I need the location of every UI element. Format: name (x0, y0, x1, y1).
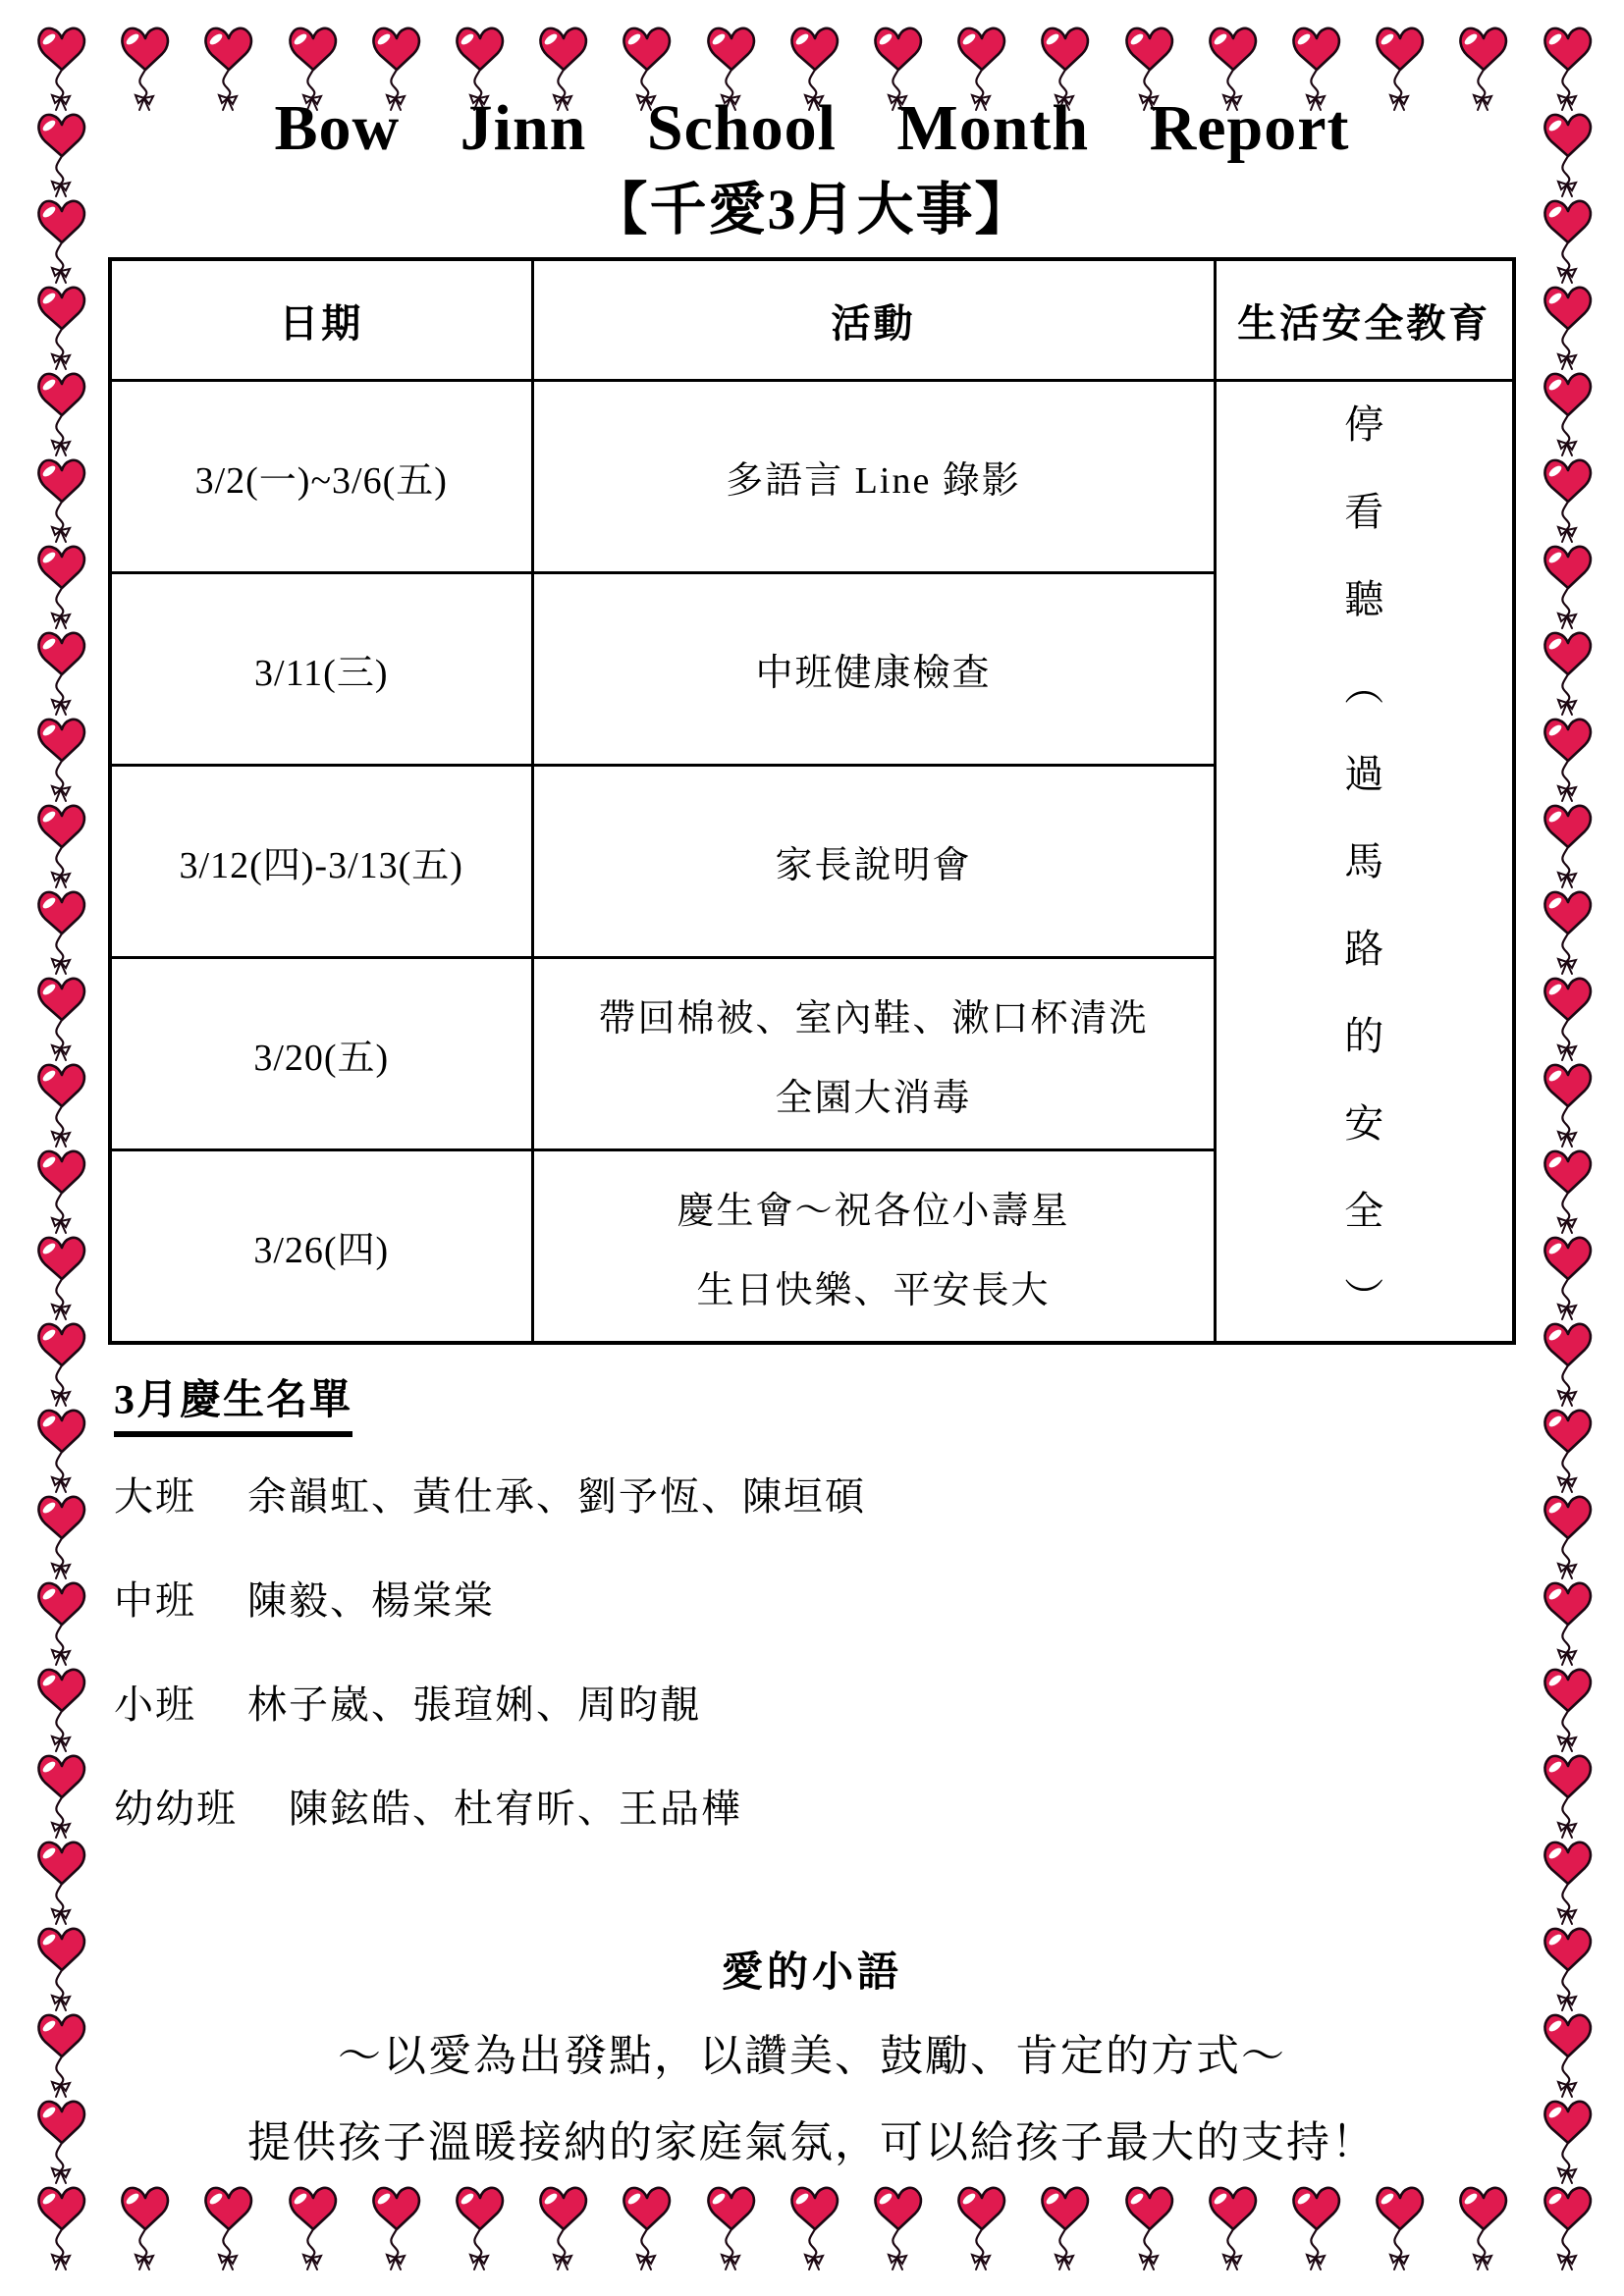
activity-line: 慶生會～祝各位小壽星 (534, 1180, 1214, 1234)
heart-balloon-icon (705, 2183, 758, 2277)
date-cell: 3/26(四) (110, 1150, 532, 1344)
heart-balloon-icon (35, 1060, 88, 1154)
names-list: 陳毅、楊棠棠 (247, 1578, 495, 1623)
safety-education-char: 聽 (1344, 578, 1383, 621)
activity-cell: 帶回棉被、室內鞋、漱口杯清洗全園大消毒 (532, 958, 1215, 1150)
col-header-date: 日期 (110, 259, 532, 381)
heart-balloon-icon (1542, 283, 1595, 377)
safety-education-char: 停 (1344, 403, 1383, 447)
heart-balloon-icon (1542, 369, 1595, 463)
safety-education-char: 的 (1344, 1015, 1383, 1058)
birthday-group-line: 幼幼班陳鉉皓、杜宥昕、王品樺 (114, 1781, 866, 1837)
heart-balloon-icon (1542, 1492, 1595, 1586)
class-label: 幼幼班 (114, 1787, 238, 1831)
heart-balloon-icon (1542, 2183, 1595, 2277)
heart-balloon-icon (35, 1492, 88, 1586)
heart-balloon-icon (1039, 2183, 1092, 2277)
activity-line: 帶回棉被、室內鞋、漱口杯清洗 (534, 988, 1214, 1041)
date-cell: 3/2(一)~3/6(五) (110, 381, 532, 573)
heart-balloon-icon (35, 1406, 88, 1500)
heart-balloon-icon (370, 2183, 423, 2277)
activity-cell: 家長說明會 (532, 766, 1215, 958)
birthday-list-heading: 3月慶生名單 (114, 1367, 352, 1437)
activity-cell: 慶生會～祝各位小壽星生日快樂、平安長大 (532, 1150, 1215, 1344)
safety-education-cell: 停看聽︵過馬路的安全︶ (1215, 381, 1514, 1344)
heart-balloon-icon (872, 2183, 925, 2277)
heart-balloon-icon (35, 283, 88, 377)
heart-balloon-icon (1542, 1578, 1595, 1673)
heart-balloon-icon (788, 2183, 841, 2277)
safety-education-char: 安 (1344, 1102, 1383, 1146)
heart-balloon-icon (35, 1147, 88, 1241)
heart-balloon-icon (1374, 2183, 1427, 2277)
heart-balloon-icon (35, 628, 88, 722)
activity-line: 生日快樂、平安長大 (534, 1259, 1214, 1313)
heart-balloon-icon (1542, 1060, 1595, 1154)
heart-balloon-icon (1542, 542, 1595, 636)
table-header-row: 日期 活動 生活安全教育 (110, 259, 1514, 381)
heart-balloon-icon (35, 455, 88, 550)
safety-education-char: 馬 (1344, 840, 1383, 883)
heart-balloon-icon (35, 1665, 88, 1759)
heart-balloon-icon (537, 2183, 590, 2277)
heart-balloon-icon (35, 1578, 88, 1673)
heart-balloon-icon (35, 2183, 88, 2277)
birthday-group-line: 大班余韻虹、黃仕承、劉予恆、陳垣碩 (114, 1468, 866, 1524)
heart-balloon-icon (1542, 628, 1595, 722)
heart-balloon-icon (1542, 1751, 1595, 1845)
safety-education-char: 路 (1344, 928, 1383, 971)
heart-balloon-icon (35, 369, 88, 463)
heart-balloon-icon (1542, 715, 1595, 809)
birthday-group-line: 中班陳毅、楊棠棠 (114, 1573, 866, 1629)
heart-balloon-icon (35, 1751, 88, 1845)
heart-balloon-icon (35, 1319, 88, 1414)
names-list: 余韻虹、黃仕承、劉予恆、陳垣碩 (247, 1474, 866, 1519)
birthday-list: 大班余韻虹、黃仕承、劉予恆、陳垣碩中班陳毅、楊棠棠小班林子崴、張瑄娳、周昀靚幼幼… (114, 1468, 866, 1885)
heart-balloon-icon (454, 2183, 507, 2277)
safety-education-char: ︶ (1344, 1277, 1383, 1320)
activity-line: 中班健康檢查 (534, 642, 1214, 696)
names-list: 林子崴、張瑄娳、周昀靚 (247, 1682, 701, 1727)
heart-balloon-icon (1290, 2183, 1343, 2277)
activity-line: 多語言 Line 錄影 (534, 450, 1214, 504)
heart-balloon-icon (1542, 1233, 1595, 1327)
safety-education-char: 看 (1344, 491, 1383, 534)
heart-balloon-icon (1542, 887, 1595, 982)
table-row: 3/2(一)~3/6(五)多語言 Line 錄影停看聽︵過馬路的安全︶ (110, 381, 1514, 573)
heart-balloon-icon (1542, 801, 1595, 895)
activity-line: 全園大消毒 (534, 1067, 1214, 1121)
heart-balloon-icon (202, 2183, 255, 2277)
class-label: 中班 (114, 1578, 196, 1623)
activity-cell: 多語言 Line 錄影 (532, 381, 1215, 573)
safety-education-char: 過 (1344, 753, 1383, 796)
love-note-line: 提供孩子溫暖接納的家庭氣氛，可以給孩子最大的支持！ (0, 2107, 1624, 2169)
heart-balloon-icon (1542, 1406, 1595, 1500)
heart-balloon-icon (1542, 1838, 1595, 1932)
heart-balloon-icon (35, 887, 88, 982)
love-note-line: ～以愛為出發點，以讚美、鼓勵、肯定的方式～ (0, 2020, 1624, 2083)
class-label: 大班 (114, 1474, 196, 1519)
heart-balloon-icon (35, 801, 88, 895)
names-list: 陳鉉皓、杜宥昕、王品樺 (289, 1787, 742, 1831)
date-cell: 3/12(四)-3/13(五) (110, 766, 532, 958)
heart-balloon-icon (287, 2183, 340, 2277)
heart-balloon-icon (35, 974, 88, 1068)
col-header-safety: 生活安全教育 (1215, 259, 1514, 381)
heart-balloon-icon (1542, 1319, 1595, 1414)
heart-balloon-icon (35, 542, 88, 636)
class-label: 小班 (114, 1682, 196, 1727)
heart-balloon-icon (621, 2183, 674, 2277)
heart-balloon-icon (1207, 2183, 1260, 2277)
col-header-activity: 活動 (532, 259, 1215, 381)
page-title: Bow Jinn School Month Report (0, 90, 1624, 167)
heart-balloon-icon (955, 2183, 1008, 2277)
birthday-group-line: 小班林子崴、張瑄娳、周昀靚 (114, 1677, 866, 1733)
heart-balloon-icon (119, 2183, 172, 2277)
safety-education-char: ︵ (1344, 666, 1383, 709)
heart-balloon-icon (1542, 455, 1595, 550)
heart-balloon-icon (35, 715, 88, 809)
heart-balloon-icon (1123, 2183, 1176, 2277)
heart-balloon-icon (1457, 2183, 1510, 2277)
safety-education-char: 全 (1344, 1190, 1383, 1233)
page-subtitle: 【千愛3月大事】 (0, 175, 1624, 245)
date-cell: 3/20(五) (110, 958, 532, 1150)
love-note-heading: 愛的小語 (0, 1940, 1624, 1999)
activity-line: 家長說明會 (534, 834, 1214, 888)
heart-balloon-icon (35, 1233, 88, 1327)
heart-balloon-icon (1542, 974, 1595, 1068)
date-cell: 3/11(三) (110, 573, 532, 766)
heart-balloon-icon (1542, 1147, 1595, 1241)
heart-balloon-icon (35, 1838, 88, 1932)
activity-cell: 中班健康檢查 (532, 573, 1215, 766)
heart-balloon-icon (1542, 1665, 1595, 1759)
events-table: 日期 活動 生活安全教育 3/2(一)~3/6(五)多語言 Line 錄影停看聽… (108, 257, 1516, 1345)
